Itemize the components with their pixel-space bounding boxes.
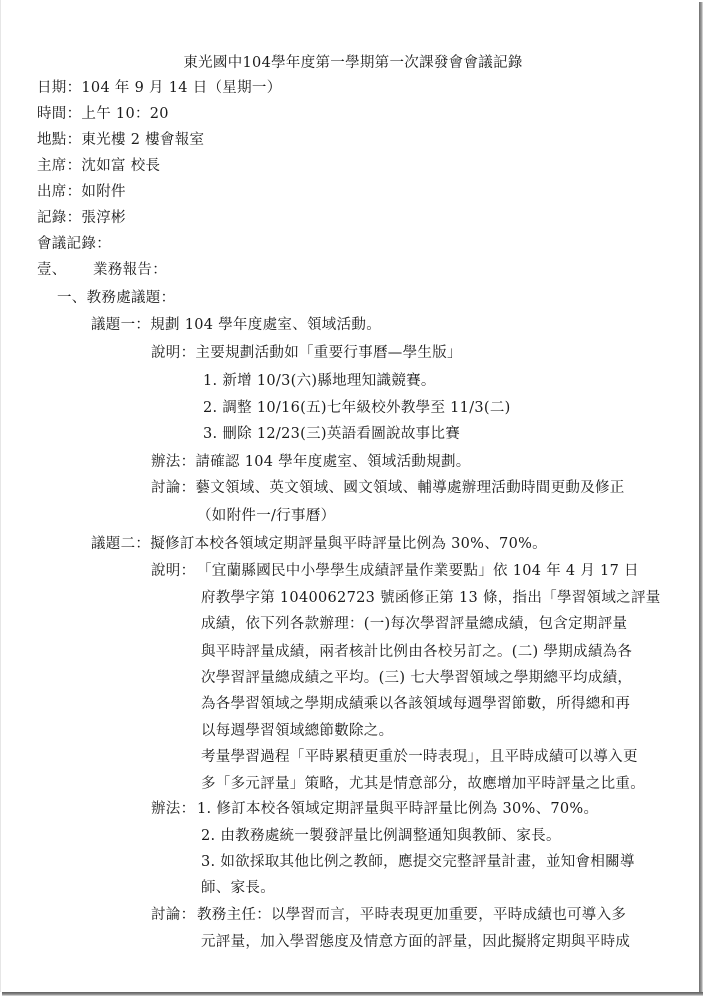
subsection-number: 一、 xyxy=(57,290,87,306)
topic2-discussion-line: 元評量，加入學習態度及情意方面的評量，因此擬將定期與平時成 xyxy=(201,933,630,951)
topic2-method-line: 師、家長。 xyxy=(201,879,275,897)
document-title: 東光國中104學年度第一學期第一次課發會會議記錄 xyxy=(1,54,704,72)
topic2-method-line: 2. 由教務處統一製發評量比例調整通知與教師、家長。 xyxy=(201,827,561,845)
field-label: 時間： xyxy=(37,106,81,122)
field-label: 出席： xyxy=(37,184,81,200)
method-label: 辦法： xyxy=(151,454,195,470)
field-value: 張淳彬 xyxy=(81,210,125,226)
field-time: 時間：上午 10：20 xyxy=(37,105,169,123)
field-label: 地點： xyxy=(37,132,81,148)
topic-text: 規劃 104 學年度處室、領域活動。 xyxy=(150,317,381,333)
topic2-heading: 議題二：擬修訂本校各領域定期評量與平時評量比例為 30%、70%。 xyxy=(91,535,547,553)
topic2-discussion-line: 教務主任：以學習而言，平時表現更加重要，平時成績也可導入多 xyxy=(197,906,626,924)
topic2-explanation-line: 府教學字第 1040062723 號函修正第 13 條，指出「學習領域之評量 xyxy=(201,589,661,607)
topic-label: 議題二： xyxy=(91,536,150,552)
section-title: 業務報告： xyxy=(93,261,167,279)
field-label: 主席： xyxy=(37,158,81,174)
topic1-explanation: 說明：主要規劃活動如「重要行事曆—學生版」 xyxy=(151,344,462,362)
method-text: 請確認 104 學年度處室、領域活動規劃。 xyxy=(195,454,470,470)
topic2-method-label: 辦法： xyxy=(151,800,195,818)
topic2-explanation-line: 「宜蘭縣國民中小學學生成績評量作業要點」依 104 年 4 月 17 日 xyxy=(197,562,639,580)
field-value: 沈如富 校長 xyxy=(81,158,160,174)
topic1-item: 1. 新增 10/3(六)縣地理知識競賽。 xyxy=(203,372,436,390)
minutes-label: 會議記錄： xyxy=(37,235,111,253)
topic1-heading: 議題一：規劃 104 學年度處室、領域活動。 xyxy=(91,316,381,334)
explanation-label: 說明： xyxy=(151,345,195,361)
field-label: 日期： xyxy=(37,80,81,96)
topic2-explanation-line: 成績，依下列各款辦理：(一)每次學習評量總成績，包含定期評量 xyxy=(201,615,627,633)
subsection-heading: 一、教務處議題： xyxy=(57,289,175,307)
page-shadow-bottom xyxy=(2,992,703,996)
topic2-explanation-line: 多「多元評量」策略，尤其是情意部分，故應增加平時評量之比重。 xyxy=(201,775,645,793)
topic1-item: 2. 調整 10/16(五)七年級校外教學至 11/3(二) xyxy=(203,399,511,417)
topic1-method: 辦法：請確認 104 學年度處室、領域活動規劃。 xyxy=(151,453,471,471)
topic2-explanation-line: 與平時評量成績，兩者核計比例由各校另訂之。(二) 學期成績為各 xyxy=(201,643,632,661)
topic2-method-line: 1. 修訂本校各領域定期評量與平時評量比例為 30%、70%。 xyxy=(197,800,598,818)
discussion-label: 討論： xyxy=(151,480,195,496)
field-value: 104 年 9 月 14 日（星期一） xyxy=(81,80,281,96)
field-attendance: 出席：如附件 xyxy=(37,183,126,201)
topic1-discussion: 討論：藝文領域、英文領域、國文領域、輔導處辦理活動時間更動及修正 xyxy=(151,479,625,497)
topic2-explanation-label: 說明： xyxy=(151,562,195,580)
topic2-explanation-line: 次學習評量總成績之平均。(三) 七大學習領域之學期總平均成績， xyxy=(201,669,632,687)
field-location: 地點：東光樓 2 樓會報室 xyxy=(37,131,204,149)
topic2-explanation-line: 為各學習領域之學期成績乘以各該領域每週學習節數，所得總和再 xyxy=(201,695,630,713)
topic-label: 議題一： xyxy=(91,317,150,333)
topic1-discussion-cont: （如附件一/行事曆） xyxy=(197,507,335,525)
field-label: 記錄： xyxy=(37,210,81,226)
field-value: 上午 10：20 xyxy=(81,106,168,122)
subsection-title: 教務處議題： xyxy=(87,290,176,306)
discussion-text: 藝文領域、英文領域、國文領域、輔導處辦理活動時間更動及修正 xyxy=(195,480,624,496)
field-value: 東光樓 2 樓會報室 xyxy=(81,132,204,148)
field-date: 日期：104 年 9 月 14 日（星期一） xyxy=(37,79,282,97)
section-heading: 壹、 xyxy=(37,261,67,279)
field-chair: 主席：沈如富 校長 xyxy=(37,157,160,175)
field-value: 如附件 xyxy=(81,184,125,200)
document-page: 東光國中104學年度第一學期第一次課發會會議記錄 日期：104 年 9 月 14… xyxy=(0,0,700,992)
topic1-item: 3. 刪除 12/23(三)英語看圖說故事比賽 xyxy=(203,425,460,443)
topic-text: 擬修訂本校各領域定期評量與平時評量比例為 30%、70%。 xyxy=(150,536,547,552)
topic2-discussion-label: 討論： xyxy=(151,906,195,924)
explanation-text: 主要規劃活動如「重要行事曆—學生版」 xyxy=(195,345,461,361)
topic2-explanation-line: 考量學習過程「平時累積更重於一時表現」，且平時成績可以導入更 xyxy=(201,748,638,766)
topic2-explanation-line: 以每週學習領域總節數除之。 xyxy=(201,722,393,740)
field-recorder: 記錄：張淳彬 xyxy=(37,209,126,227)
topic2-method-line: 3. 如欲採取其他比例之教師，應提交完整評量計畫，並知會相關導 xyxy=(201,853,635,871)
section-number: 壹、 xyxy=(37,262,67,278)
page-shadow-right xyxy=(699,2,703,996)
